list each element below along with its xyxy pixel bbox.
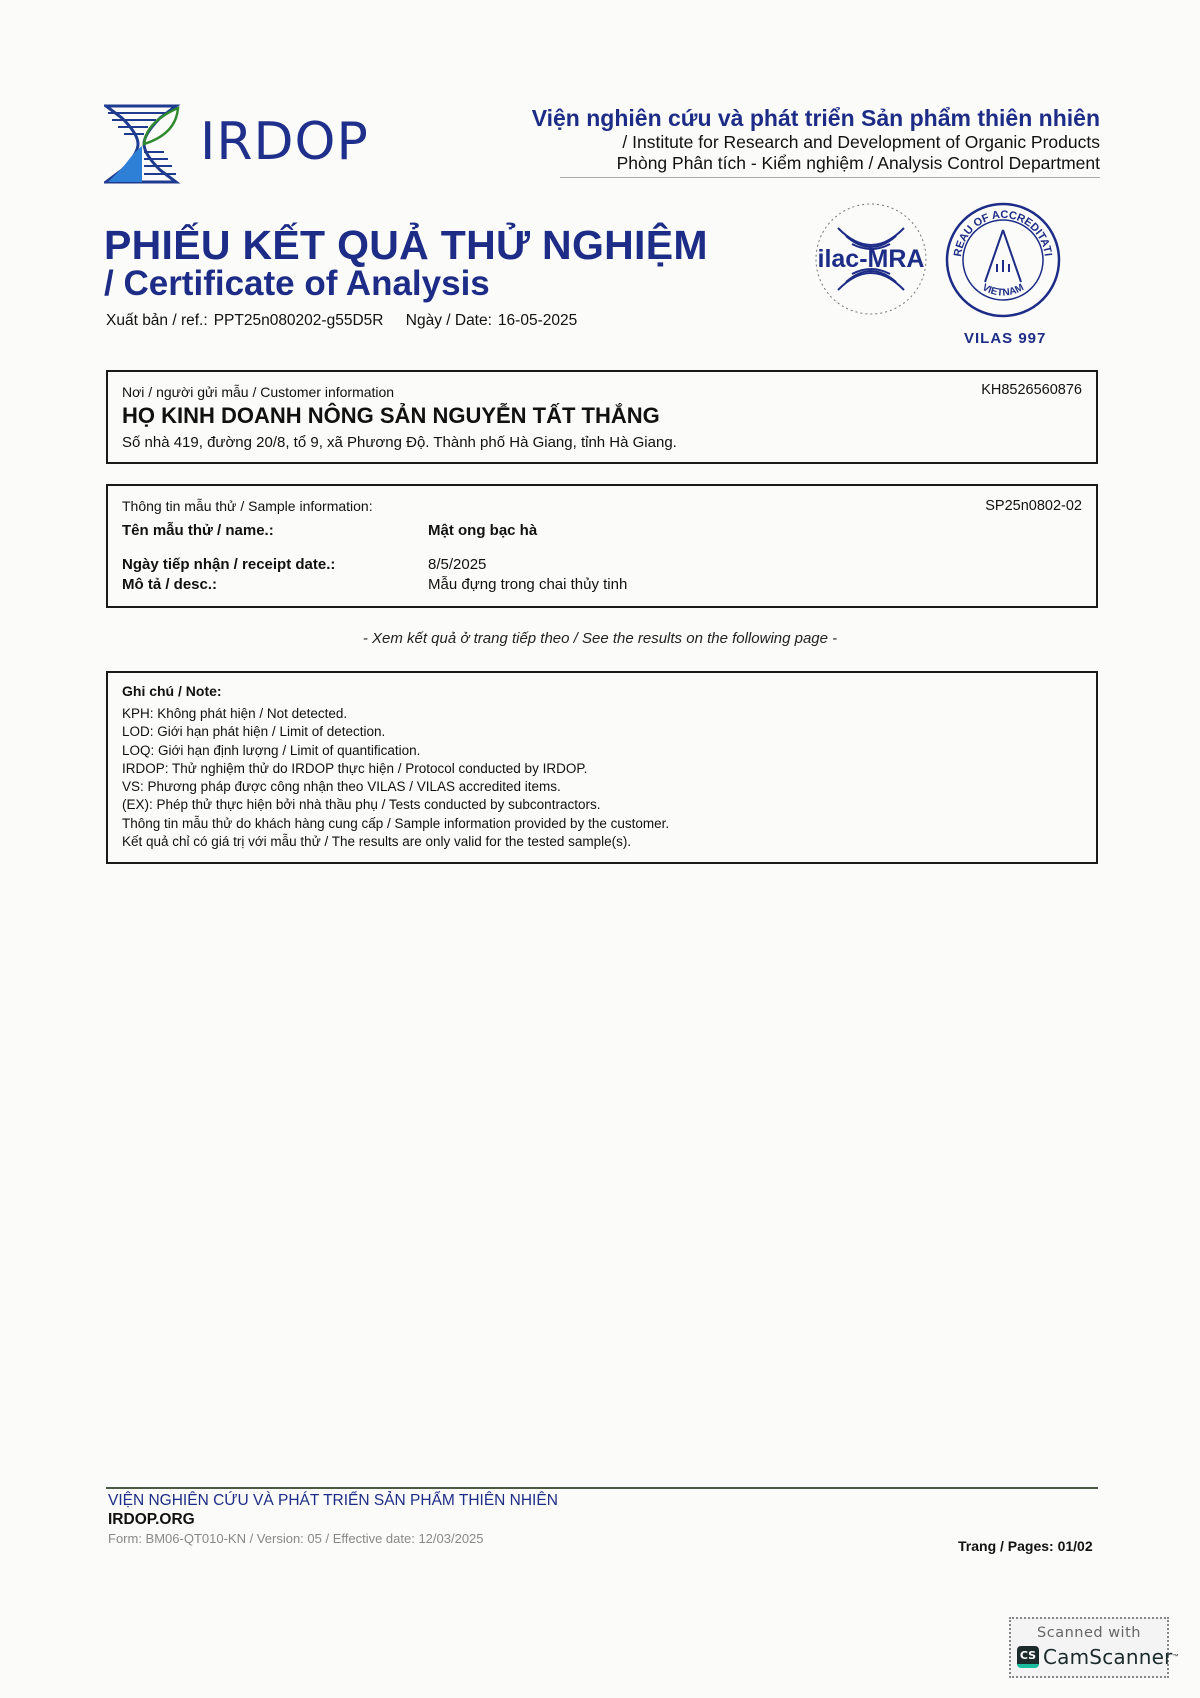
page-number: Trang / Pages: 01/02 <box>958 1538 1093 1554</box>
header-divider <box>560 177 1100 178</box>
customer-address: Số nhà 419, đường 20/8, tổ 9, xã Phương … <box>122 434 677 451</box>
description-value: Mẫu đựng trong chai thủy tinh <box>428 576 627 593</box>
sample-info-box: Thông tin mẫu thử / Sample information: … <box>106 484 1098 608</box>
irdop-logo-icon <box>104 104 186 184</box>
institute-name-en: / Institute for Research and Development… <box>532 132 1100 153</box>
footer-institute: VIỆN NGHIÊN CỨU VÀ PHÁT TRIỂN SẢN PHẨM T… <box>108 1492 558 1510</box>
footer-website: IRDOP.ORG <box>108 1511 195 1529</box>
note-item: VS: Phương pháp được công nhận theo VILA… <box>122 778 669 796</box>
note-item: LOQ: Giới hạn định lượng / Limit of quan… <box>122 742 669 760</box>
watermark-caption: Scanned with <box>1011 1625 1167 1641</box>
date-value: 16-05-2025 <box>498 312 577 329</box>
title-vietnamese: PHIẾU KẾT QUẢ THỬ NGHIỆM <box>104 222 708 268</box>
receipt-date-label: Ngày tiếp nhận / receipt date.: <box>122 556 335 573</box>
title-english: / Certificate of Analysis <box>104 264 490 304</box>
trademark-mark: ™ <box>1173 1654 1179 1660</box>
svg-text:BUREAU OF ACCREDITATION: BUREAU OF ACCREDITATION <box>943 200 1054 258</box>
sample-name-label: Tên mẫu thử / name.: <box>122 522 274 539</box>
svg-text:ilac-MRA: ilac-MRA <box>818 245 925 273</box>
note-item: LOD: Giới hạn phát hiện / Limit of detec… <box>122 723 669 741</box>
sample-code: SP25n0802-02 <box>985 498 1082 514</box>
sample-info-label: Thông tin mẫu thử / Sample information: <box>122 498 373 514</box>
notes-list: KPH: Không phát hiện / Not detected. LOD… <box>122 705 669 851</box>
notes-title: Ghi chú / Note: <box>122 683 222 699</box>
logo-text: IRDOP <box>200 112 369 172</box>
footer-divider <box>106 1487 1098 1489</box>
note-item: IRDOP: Thử nghiệm thử do IRDOP thực hiện… <box>122 760 669 778</box>
institute-name-vi: Viện nghiên cứu và phát triển Sản phẩm t… <box>532 104 1100 132</box>
ref-label: Xuất bản / ref.: <box>106 312 208 329</box>
receipt-date-value: 8/5/2025 <box>428 556 486 573</box>
vilas-number: VILAS 997 <box>964 330 1046 347</box>
note-item: KPH: Không phát hiện / Not detected. <box>122 705 669 723</box>
description-label: Mô tả / desc.: <box>122 576 217 593</box>
ilac-mra-badge-icon: ilac-MRA <box>812 200 930 318</box>
date-label: Ngày / Date: <box>406 312 492 329</box>
department-name: Phòng Phân tích - Kiểm nghiệm / Analysis… <box>532 153 1100 174</box>
ref-value: PPT25n080202-g55D5R <box>214 312 384 329</box>
watermark-brand-name: CamScanner <box>1043 1645 1173 1669</box>
customer-info-label: Nơi / người gửi mẫu / Customer informati… <box>122 384 394 400</box>
note-item: Kết quả chỉ có giá trị với mẫu thử / The… <box>122 833 669 851</box>
see-next-page-note: - Xem kết quả ở trang tiếp theo / See th… <box>0 630 1200 647</box>
note-item: (EX): Phép thử thực hiện bởi nhà thầu ph… <box>122 796 669 814</box>
camscanner-logo-icon: CS <box>1017 1646 1039 1668</box>
customer-info-box: Nơi / người gửi mẫu / Customer informati… <box>106 370 1098 464</box>
camscanner-watermark: Scanned with CS CamScanner™ <box>1009 1617 1169 1678</box>
customer-code: KH8526560876 <box>981 382 1082 398</box>
sample-name-value: Mật ong bạc hà <box>428 522 537 539</box>
customer-name: HỌ KINH DOANH NÔNG SẢN NGUYỄN TẤT THẮNG <box>122 403 660 429</box>
watermark-brand: CS CamScanner™ <box>1017 1645 1179 1669</box>
reference-line: Xuất bản / ref.:PPT25n080202-g55D5R Ngày… <box>106 312 595 330</box>
footer-form-info: Form: BM06-QT010-KN / Version: 05 / Effe… <box>108 1531 484 1546</box>
institute-block: Viện nghiên cứu và phát triển Sản phẩm t… <box>532 104 1100 174</box>
note-item: Thông tin mẫu thử do khách hàng cung cấp… <box>122 815 669 833</box>
bureau-accreditation-badge-icon: BUREAU OF ACCREDITATION VIETNAM <box>943 200 1063 320</box>
notes-box: Ghi chú / Note: KPH: Không phát hiện / N… <box>106 671 1098 864</box>
